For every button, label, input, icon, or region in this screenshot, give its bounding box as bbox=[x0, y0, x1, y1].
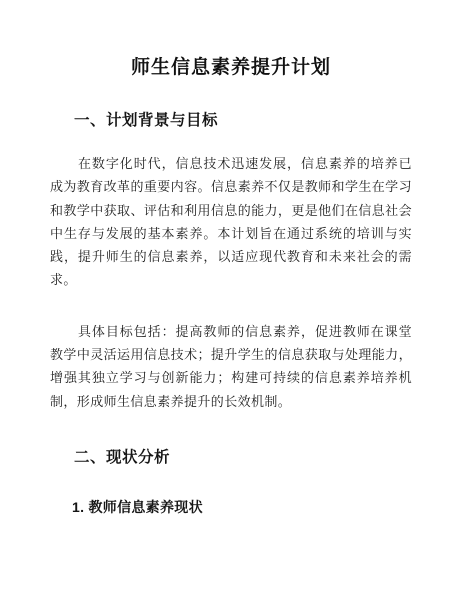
subsection-heading-teacher-status: 1. 教师信息素养现状 bbox=[50, 499, 412, 515]
paragraph-goals: 具体目标包括：提高教师的信息素养，促进教师在课堂教学中灵活运用信息技术；提升学生… bbox=[50, 320, 412, 413]
section-heading-1: 一、计划背景与目标 bbox=[50, 112, 412, 129]
paragraph-background: 在数字化时代，信息技术迅速发展，信息素养的培养已成为教育改革的重要内容。信息素养… bbox=[50, 152, 412, 292]
document-title: 师生信息素养提升计划 bbox=[50, 0, 412, 80]
section-heading-2: 二、现状分析 bbox=[50, 449, 412, 466]
document-page: 师生信息素养提升计划 一、计划背景与目标 在数字化时代，信息技术迅速发展，信息素… bbox=[0, 0, 463, 600]
